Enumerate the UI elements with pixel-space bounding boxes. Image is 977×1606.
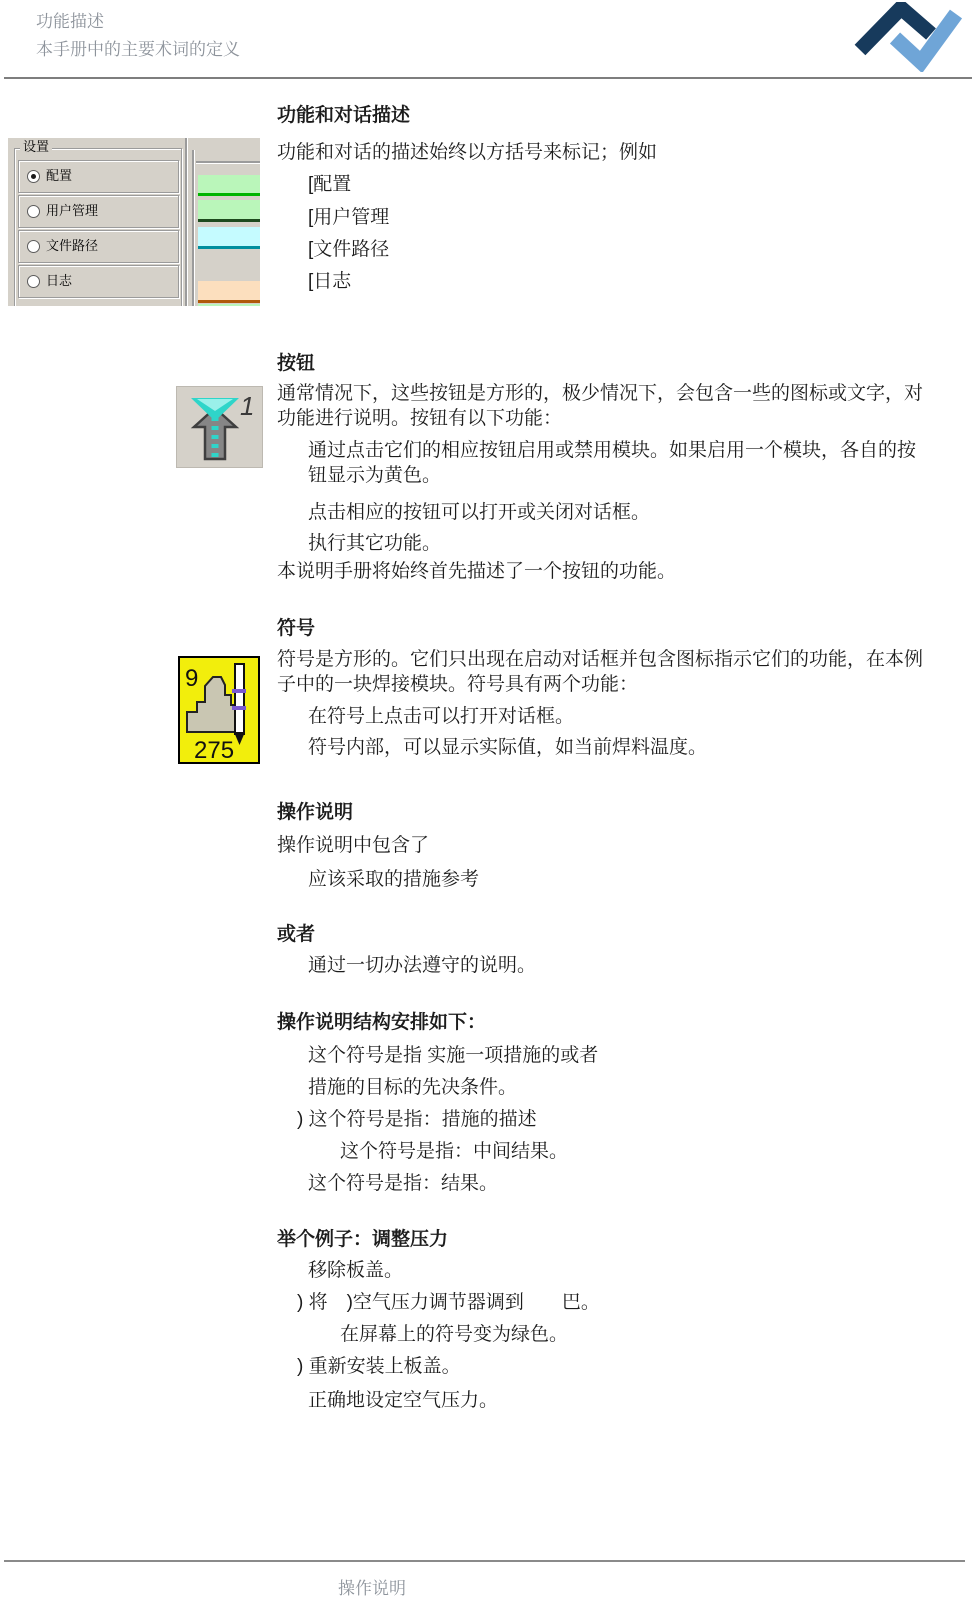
instructions-intro: 操作说明中包含了 — [277, 833, 429, 858]
structure-line: 这个符号是指：结果。 — [308, 1171, 498, 1196]
panel-divider — [185, 138, 187, 306]
thermometer-arrow-tip — [234, 732, 245, 745]
structure-line: 措施的目标的先决条件。 — [308, 1075, 517, 1100]
settings-groupbox-label: 设置 — [20, 140, 52, 154]
section-or-heading: 或者 — [277, 919, 315, 946]
list-row-cyan — [198, 227, 260, 249]
structure-line: 这个符号是指：中间结果。 — [340, 1139, 568, 1164]
structure-line: 这个符号是指 实施一项措施的或者 — [308, 1043, 598, 1068]
list-row-clipped — [198, 304, 260, 306]
symbol-temperature-value: 275 — [194, 737, 234, 762]
button-number: 1 — [240, 391, 254, 421]
section-example-heading: 举个例子：调整压力 — [277, 1224, 448, 1251]
symbol-example-image: 9 275 — [178, 656, 260, 764]
dialog-item: [配置 — [308, 172, 351, 197]
or-bullet: 通过一切办法遵守的说明。 — [308, 953, 536, 978]
buttons-bullet: 点击相应的按钮可以打开或关闭对话框。 — [308, 500, 650, 525]
dialog-item: [文件路径 — [308, 237, 389, 262]
dialog-intro: 功能和对话的描述始终以方括号来标记；例如 — [277, 140, 657, 165]
radio-label: 日志 — [46, 266, 72, 295]
settings-dialog-screenshot: 设置 配置 用户管理 文件路径 日志 — [8, 138, 260, 306]
dialog-item: [日志 — [308, 269, 351, 294]
radio-icon — [27, 240, 40, 253]
instructions-bullet: 应该采取的措施参考 — [308, 867, 479, 892]
example-step: 在屏幕上的符号变为绿色。 — [340, 1322, 568, 1347]
radio-option-log: 日志 — [18, 265, 179, 298]
arrow-up-with-funnel-icon: 1 — [177, 387, 262, 467]
page-header-subtitle: 本手册中的主要术词的定义 — [36, 36, 240, 63]
symbol-slot-number: 9 — [185, 665, 198, 692]
section-buttons-heading: 按钮 — [277, 348, 315, 375]
example-step: 移除板盖。 — [308, 1258, 403, 1283]
example-step: ) 将 )空气压力调节器调到 巴。 — [297, 1290, 600, 1315]
radio-label: 文件路径 — [46, 231, 98, 260]
list-row-green-2 — [198, 200, 260, 222]
buttons-intro: 通常情况下，这些按钮是方形的，极少情况下，会包含一些的图标或文字，对 功能进行说… — [277, 381, 923, 431]
list-row-orange — [198, 281, 260, 303]
footer-divider — [4, 1560, 965, 1562]
thermometer-tick — [232, 706, 246, 710]
header-divider — [4, 77, 972, 79]
company-logo-icon — [853, 2, 963, 72]
symbols-bullet: 在符号上点击可以打开对话框。 — [308, 704, 574, 729]
page-footer-text: 操作说明 — [338, 1574, 406, 1599]
radio-icon — [27, 275, 40, 288]
thermometer-tick — [232, 689, 246, 693]
example-step: ) 重新安装上板盖。 — [297, 1354, 461, 1379]
radio-label: 用户管理 — [46, 196, 98, 225]
radio-selected-icon — [27, 170, 40, 183]
page-header-title: 功能描述 — [36, 8, 104, 35]
buttons-bullet: 执行其它功能。 — [308, 531, 441, 556]
symbols-bullet: 符号内部，可以显示实际值，如当前焊料温度。 — [308, 735, 707, 760]
buttons-bullet: 通过点击它们的相应按钮启用或禁用模块。如果启用一个模块，各自的按 钮显示为黄色。 — [308, 438, 916, 488]
example-step: 正确地设定空气压力。 — [308, 1388, 498, 1413]
structure-line: ) 这个符号是指：措施的描述 — [297, 1107, 537, 1132]
manual-page: 功能描述 本手册中的主要术词的定义 设置 配置 用户管理 文件路径 日志 — [0, 0, 977, 1606]
button-example-image: 1 — [176, 386, 263, 468]
buttons-closing: 本说明手册将始终首先描述了一个按钮的功能。 — [277, 559, 676, 584]
right-groupbox-edge — [192, 150, 194, 306]
right-groupbox-top — [196, 161, 260, 163]
section-dialog-heading: 功能和对话描述 — [277, 100, 410, 127]
list-row-green-1 — [198, 175, 260, 196]
dialog-item: [用户管理 — [308, 205, 389, 230]
radio-option-config: 配置 — [18, 160, 179, 193]
section-instructions-heading: 操作说明 — [277, 797, 353, 824]
section-structure-heading: 操作说明结构安排如下： — [277, 1007, 486, 1034]
thermometer-rod — [235, 664, 244, 734]
section-symbols-heading: 符号 — [277, 613, 315, 640]
radio-label: 配置 — [46, 161, 72, 190]
symbols-intro: 符号是方形的。它们只出现在启动对话框并包含图标指示它们的功能，在本例 子中的一块… — [277, 647, 923, 697]
radio-option-users: 用户管理 — [18, 195, 179, 228]
radio-icon — [27, 205, 40, 218]
radio-option-filepath: 文件路径 — [18, 230, 179, 263]
solder-wave-thermometer-icon: 9 275 — [180, 658, 258, 762]
